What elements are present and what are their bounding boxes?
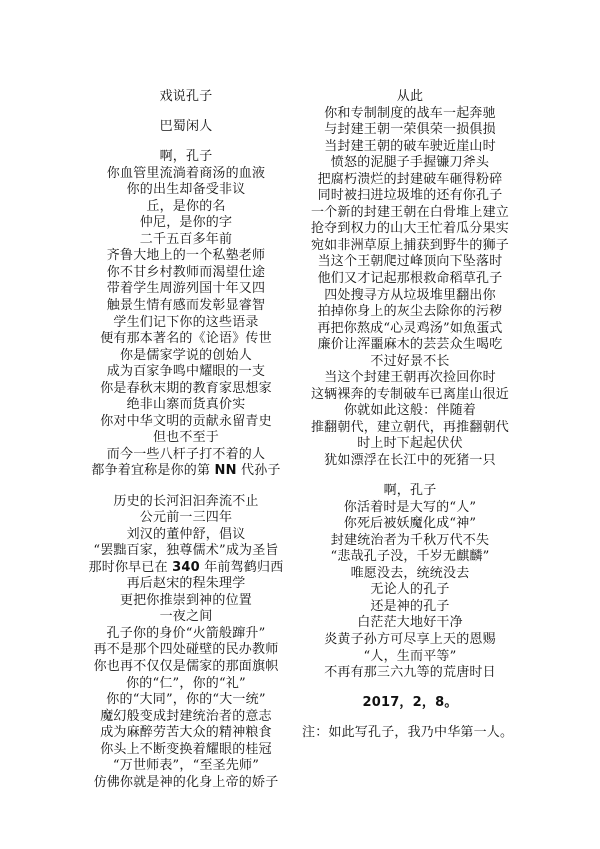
poem-line: 你不甘乡村教师而渴望仕途	[66, 265, 306, 282]
poem-line: 你的“大同”，你的“大一统”	[66, 692, 306, 709]
poem-line: 当封建王朝的破车驶近崖山时	[290, 139, 530, 156]
poem-line: 啊，孔子	[290, 483, 530, 500]
poem-line: 二千五百多年前	[66, 232, 306, 249]
poem-line: 仲尼，是你的字	[66, 215, 306, 232]
poem-line: 与封建王朝一荣俱荣一损俱损	[290, 122, 530, 139]
poem-line: 当这个封建王朝再次捡回你时	[290, 370, 530, 387]
poem-line: 你的“仁”，你的“礼”	[66, 676, 306, 693]
poem-line: “人，生而平等”	[290, 649, 530, 666]
spacer	[290, 682, 530, 696]
poem-line: 不再有那三六九等的荒唐时日	[290, 665, 530, 682]
poem-line: 成为百家争鸣中耀眼的一支	[66, 364, 306, 381]
poem-line: 把腐朽溃烂的封建破车砸得粉碎	[290, 172, 530, 189]
poem-line: 再不是那个四处碰壁的民办教师	[66, 642, 306, 659]
poem-line: 再把你熬成“心灵鸡汤”如魚蛋式	[290, 321, 530, 338]
spacer	[66, 480, 306, 494]
poem-line: 但也不至于	[66, 430, 306, 447]
poem-line: 当这个王朝爬过峰顶向下坠落时	[290, 254, 530, 271]
poem-line: 推翻朝代，建立朝代，再推翻朝代	[290, 420, 530, 437]
bold-text: 340	[172, 560, 200, 575]
poem-line: 那时你早已在 340 年前驾鹤归西	[66, 560, 306, 577]
poem-line: 封建统治者为千秋万代不失	[290, 533, 530, 550]
poem-line: 学生们记下你的这些语录	[66, 315, 306, 332]
poem-line: 便有那本著名的《论语》传世	[66, 331, 306, 348]
poem-line: 你是春秋末期的教育家思想家	[66, 381, 306, 398]
stanza-2: 历史的长河汩汩奔流不止 公元前一三四年 刘汉的董仲舒，倡议 “罢黜百家，独尊儒术…	[66, 494, 306, 792]
poem-line: 而今一些八杆子打不着的人	[66, 447, 306, 464]
stanza-1: 啊，孔子 你血管里流淌着商汤的血液 你的出生却备受非议 丘，是你的名 仲尼，是你…	[66, 149, 306, 480]
poem-date: 2017，2，8。	[290, 695, 530, 712]
poem-line: 廉价让浑噩麻木的芸芸众生喝吃	[290, 337, 530, 354]
poem-line: 你活着时是大写的“人”	[290, 500, 530, 517]
poem-line: 从此	[290, 89, 530, 106]
poem-line: 拍掉你身上的灰尘去除你的污秽	[290, 304, 530, 321]
poem-line: 你也再不仅仅是儒家的那面旗帜	[66, 659, 306, 676]
poem-line: 同时被扫进垃圾堆的还有你孔子	[290, 188, 530, 205]
poem-line: 都争着宜称是你的第 NN 代孙子	[66, 463, 306, 480]
poem-line: 你就如此这般：伴随着	[290, 403, 530, 420]
poem-line: 再后赵宋的程朱理学	[66, 576, 306, 593]
stanza-3: 从此 你和专制制度的战车一起奔驰 与封建王朝一荣俱荣一损俱损 当封建王朝的破车驶…	[290, 89, 530, 470]
poem-line: 无论人的孔子	[290, 582, 530, 599]
poem-line: 还是神的孔子	[290, 599, 530, 616]
spacer	[290, 470, 530, 484]
poem-line: 你是儒家学说的创始人	[66, 348, 306, 365]
poem-line: 宛如非洲草原上捕获到野牛的狮子	[290, 238, 530, 255]
poem-line: 魔幻般变成封建统治者的意志	[66, 709, 306, 726]
author-note: 注：如此写孔子，我乃中华第一人。	[290, 725, 530, 742]
bold-text: NN	[215, 463, 237, 478]
poem-line: 四处搜寻方从垃圾堆里翻出你	[290, 288, 530, 305]
poem-author: 巴蜀闲人	[66, 119, 306, 136]
poem-line: 啊，孔子	[66, 149, 306, 166]
spacer	[290, 712, 530, 726]
poem-line: 唯愿没去，统统没去	[290, 566, 530, 583]
poem-line: 你死后被妖魔化成“神”	[290, 516, 530, 533]
poem-line: 绝非山寨而货真价实	[66, 397, 306, 414]
poem-line: 带着学生周游列国十年又四	[66, 281, 306, 298]
poem-line: 你的出生却备受非议	[66, 182, 306, 199]
poem-line: 公元前一三四年	[66, 510, 306, 527]
stanza-4: 啊，孔子 你活着时是大写的“人” 你死后被妖魔化成“神” 封建统治者为千秋万代不…	[290, 483, 530, 682]
poem-line: 这辆裸奔的专制破车已离崖山很近	[290, 387, 530, 404]
poem-line: 仿佛你就是神的化身上帝的娇子	[66, 775, 306, 792]
poem-line: 愤怒的泥腿子手握镰刀斧头	[290, 155, 530, 172]
spacer	[66, 136, 306, 150]
poem-line: 成为麻醉劳苦大众的精神粮食	[66, 725, 306, 742]
poem-line: 不过好景不长	[290, 354, 530, 371]
poem-line: 历史的长河汩汩奔流不止	[66, 494, 306, 511]
poem-line: 孔子你的身价“火箭般蹿升”	[66, 626, 306, 643]
poem-line: 炎黄子孙方可尽享上天的恩赐	[290, 632, 530, 649]
right-column: 从此 你和专制制度的战车一起奔驰 与封建王朝一荣俱荣一损俱损 当封建王朝的破车驶…	[290, 89, 530, 742]
poem-line: 你对中华文明的贡献永留青史	[66, 414, 306, 431]
poem-line: 齐鲁大地上的一个私塾老师	[66, 248, 306, 265]
poem-line: 触景生情有感而发彰显睿智	[66, 298, 306, 315]
poem-line: 犹如漂浮在长江中的死猪一只	[290, 453, 530, 470]
poem-line: 白茫茫大地好干净	[290, 615, 530, 632]
poem-line: “悲哉孔子没，千岁无麒麟”	[290, 549, 530, 566]
left-column: 戏说孔子 巴蜀闲人 啊，孔子 你血管里流淌着商汤的血液 你的出生却备受非议 丘，…	[66, 89, 306, 791]
poem-line: 他们又才记起那根救命稻草孔子	[290, 271, 530, 288]
poem-line: 抢夺到权力的山大王忙着瓜分果实	[290, 221, 530, 238]
poem-line: 刘汉的董仲舒，倡议	[66, 527, 306, 544]
poem-line: “罢黜百家，独尊儒术”成为圣旨	[66, 543, 306, 560]
poem-line: 丘，是你的名	[66, 199, 306, 216]
poem-line: “万世师表”，“至圣先师”	[66, 758, 306, 775]
spacer	[66, 106, 306, 120]
poem-line: 你头上不断变换着耀眼的桂冠	[66, 742, 306, 759]
poem-line: 一个新的封建王朝在白骨堆上建立	[290, 205, 530, 222]
poem-title: 戏说孔子	[66, 89, 306, 106]
poem-line: 你血管里流淌着商汤的血液	[66, 166, 306, 183]
poem-line: 你和专制制度的战车一起奔驰	[290, 106, 530, 123]
document-page: 戏说孔子 巴蜀闲人 啊，孔子 你血管里流淌着商汤的血液 你的出生却备受非议 丘，…	[0, 0, 600, 849]
poem-line: 时上时下起起伏伏	[290, 436, 530, 453]
poem-line: 更把你推崇到神的位置	[66, 593, 306, 610]
poem-line: 一夜之间	[66, 609, 306, 626]
